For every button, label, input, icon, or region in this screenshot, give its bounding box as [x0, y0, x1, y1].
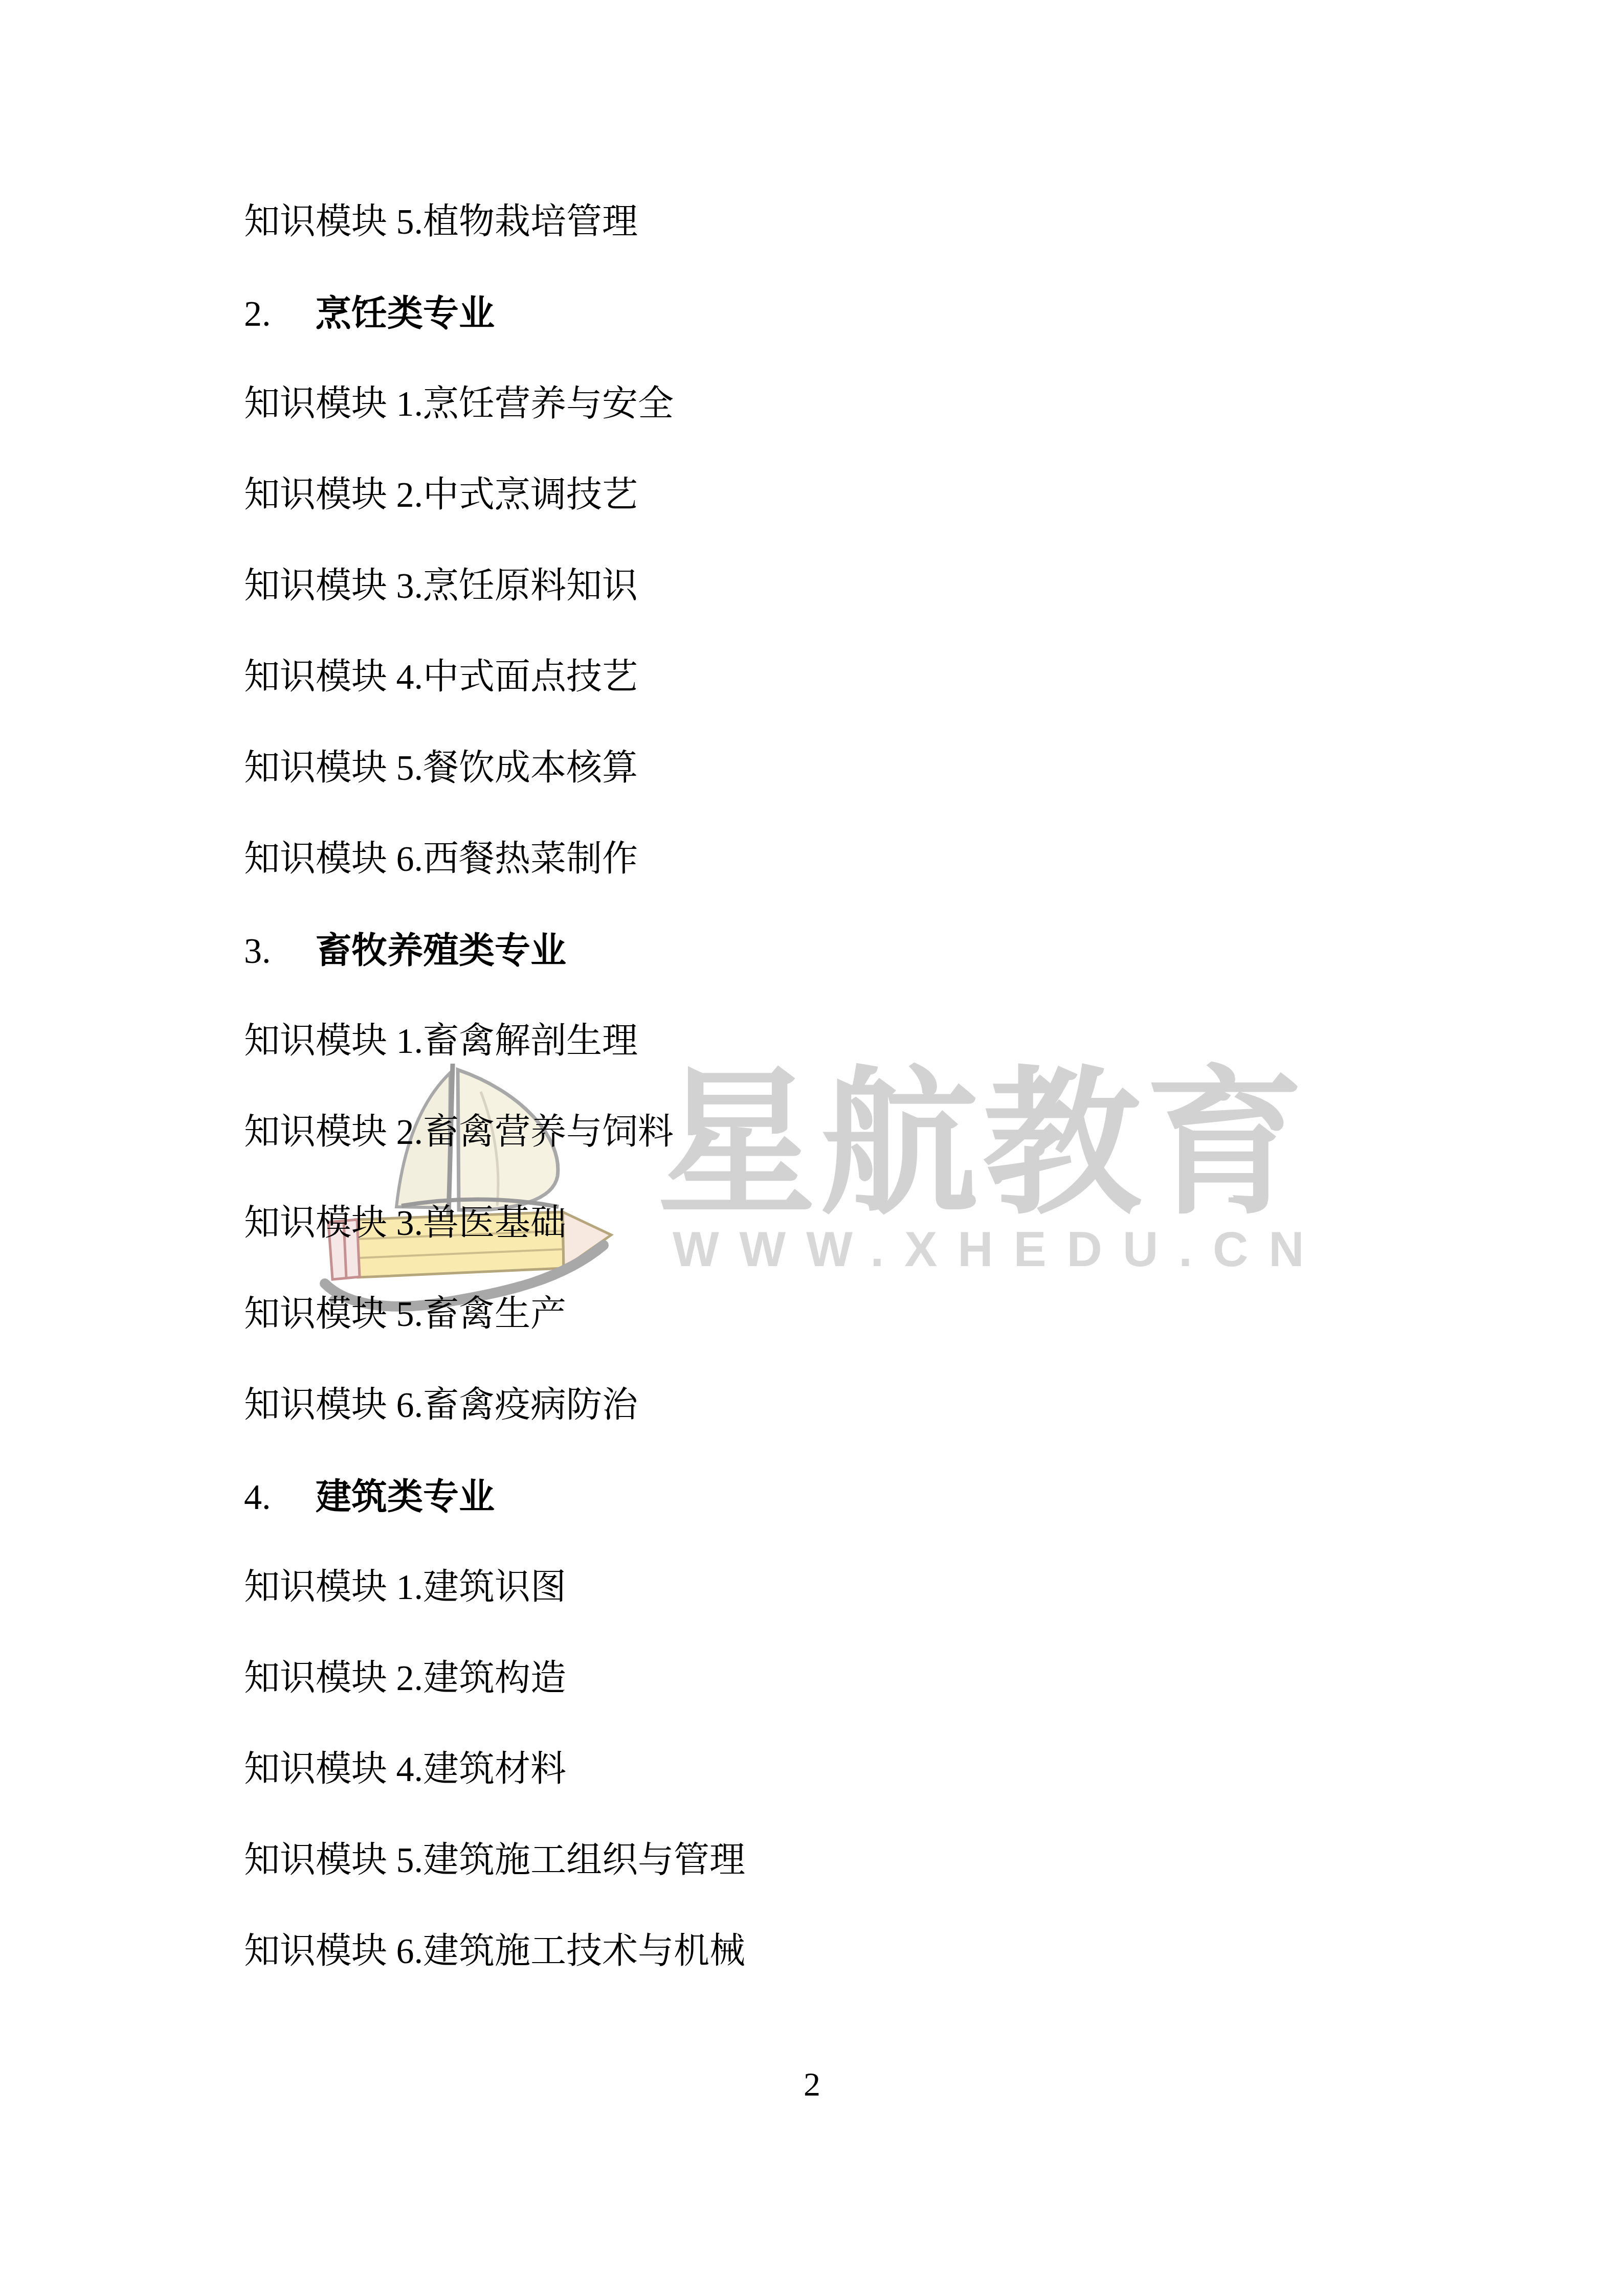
heading-number: 2. — [244, 297, 316, 332]
module-item: 知识模块 4.中式面点技艺 — [244, 660, 638, 695]
document-content: 知识模块 5.植物栽培管理2.烹饪类专业知识模块 1.烹饪营养与安全知识模块 2… — [0, 0, 1624, 2296]
heading-number: 3. — [244, 934, 316, 970]
module-item: 知识模块 5.建筑施工组织与管理 — [244, 1843, 745, 1879]
section-heading: 2.烹饪类专业 — [244, 296, 495, 332]
module-item: 知识模块 5.畜禽生产 — [244, 1297, 566, 1333]
heading-title: 畜牧养殖类专业 — [316, 931, 566, 971]
section-heading: 3.畜牧养殖类专业 — [244, 933, 566, 970]
module-item: 知识模块 2.建筑构造 — [244, 1661, 566, 1697]
module-item: 知识模块 1.畜禽解剖生理 — [244, 1024, 638, 1060]
module-item: 知识模块 6.畜禽疫病防治 — [244, 1388, 638, 1424]
heading-title: 烹饪类专业 — [316, 294, 495, 333]
heading-title: 建筑类专业 — [316, 1477, 495, 1517]
module-item: 知识模块 4.建筑材料 — [244, 1752, 566, 1788]
module-item: 知识模块 6.西餐热菜制作 — [244, 842, 638, 877]
heading-number: 4. — [244, 1480, 316, 1516]
section-heading: 4.建筑类专业 — [244, 1479, 495, 1516]
module-item: 知识模块 2.中式烹调技艺 — [244, 478, 638, 513]
document-page: 星航教育 WWW.XHEDU.CN 知识模块 5.植物栽培管理2.烹饪类专业知识… — [0, 0, 1624, 2296]
module-item: 知识模块 3.烹饪原料知识 — [244, 569, 638, 604]
module-item: 知识模块 1.烹饪营养与安全 — [244, 387, 674, 422]
module-item: 知识模块 1.建筑识图 — [244, 1570, 566, 1606]
module-item: 知识模块 6.建筑施工技术与机械 — [244, 1934, 745, 1970]
module-item: 知识模块 3.兽医基础 — [244, 1206, 566, 1242]
module-item: 知识模块 5.餐饮成本核算 — [244, 751, 638, 786]
module-item: 知识模块 5.植物栽培管理 — [244, 205, 638, 240]
page-number: 2 — [0, 2068, 1624, 2102]
module-item: 知识模块 2.畜禽营养与饲料 — [244, 1115, 674, 1151]
